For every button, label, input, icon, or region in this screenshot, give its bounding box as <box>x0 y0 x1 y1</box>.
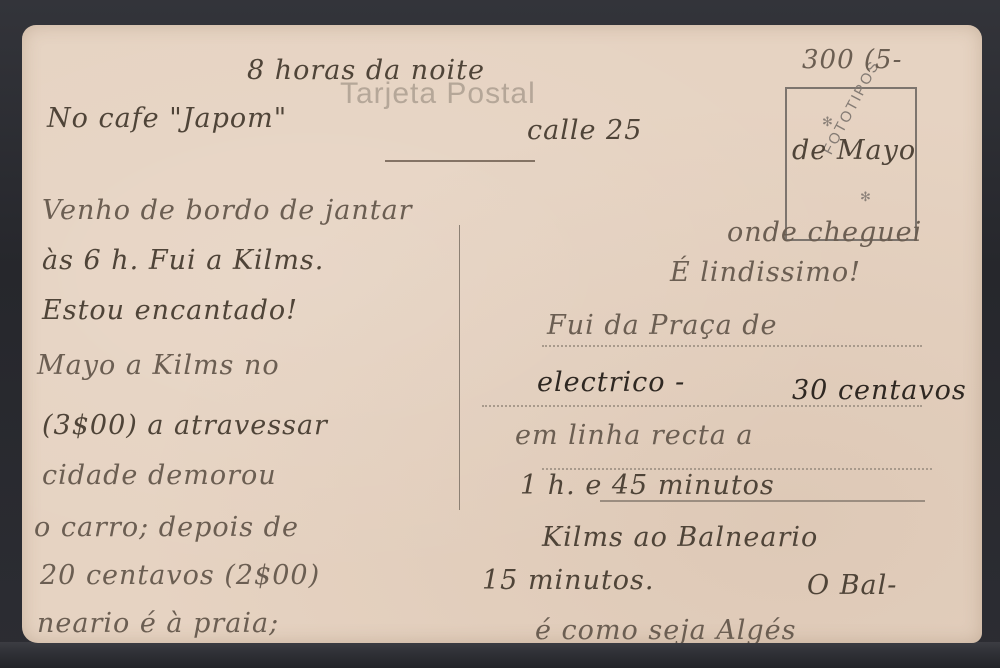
handwritten-line-2c: de Mayo <box>792 135 916 166</box>
handwritten-line-7b: em linha recta a <box>515 420 754 451</box>
handwritten-line-9a: o carro; depois de <box>34 512 299 543</box>
handwritten-line-6b: electrico - <box>537 367 685 398</box>
star-icon: ✻ <box>860 190 871 205</box>
postcard: Tarjeta Postal FOTOTIPOS ✻ ✻ 300 (5- 8 h… <box>22 25 982 643</box>
vertical-divider <box>459 225 460 510</box>
handwritten-line-2b: calle 25 <box>527 115 642 146</box>
handwritten-line-1: 8 horas da noite <box>247 55 485 86</box>
handwritten-line-10b: 15 minutos. <box>482 565 655 596</box>
handwritten-line-9b: Kilms ao Balneario <box>542 522 818 553</box>
sleeve-sheen <box>0 642 1000 668</box>
handwritten-line-11b: é como seja Algés <box>535 615 797 643</box>
handwritten-line-4a: às 6 h. Fui a Kilms. <box>42 245 324 276</box>
address-line-1 <box>542 345 922 347</box>
handwritten-line-6a: Mayo a Kilms no <box>37 350 280 381</box>
handwritten-line-7a: (3$00) a atravessar <box>42 410 328 441</box>
handwritten-line-3b: onde cheguei <box>727 217 922 248</box>
handwritten-line-5a: Estou encantado! <box>42 295 298 326</box>
handwritten-line-2a: No cafe "Japom" <box>47 103 287 134</box>
header-underline <box>385 160 535 162</box>
star-icon: ✻ <box>822 115 833 130</box>
handwritten-line-8b: 1 h. e 45 minutos <box>520 470 775 501</box>
handwritten-line-11a: neario é à praia; <box>37 608 279 639</box>
corner-note: 300 (5- <box>802 45 902 75</box>
handwritten-line-3a: Venho de bordo de jantar <box>42 195 413 226</box>
handwritten-line-10c: O Bal- <box>807 570 897 601</box>
handwritten-line-5b: Fui da Praça de <box>547 310 778 341</box>
handwritten-line-4b: É lindissimo! <box>670 257 861 288</box>
handwritten-line-10a: 20 centavos (2$00) <box>40 560 320 591</box>
handwritten-line-8a: cidade demorou <box>42 460 277 491</box>
handwritten-line-6c: 30 centavos <box>792 375 967 406</box>
